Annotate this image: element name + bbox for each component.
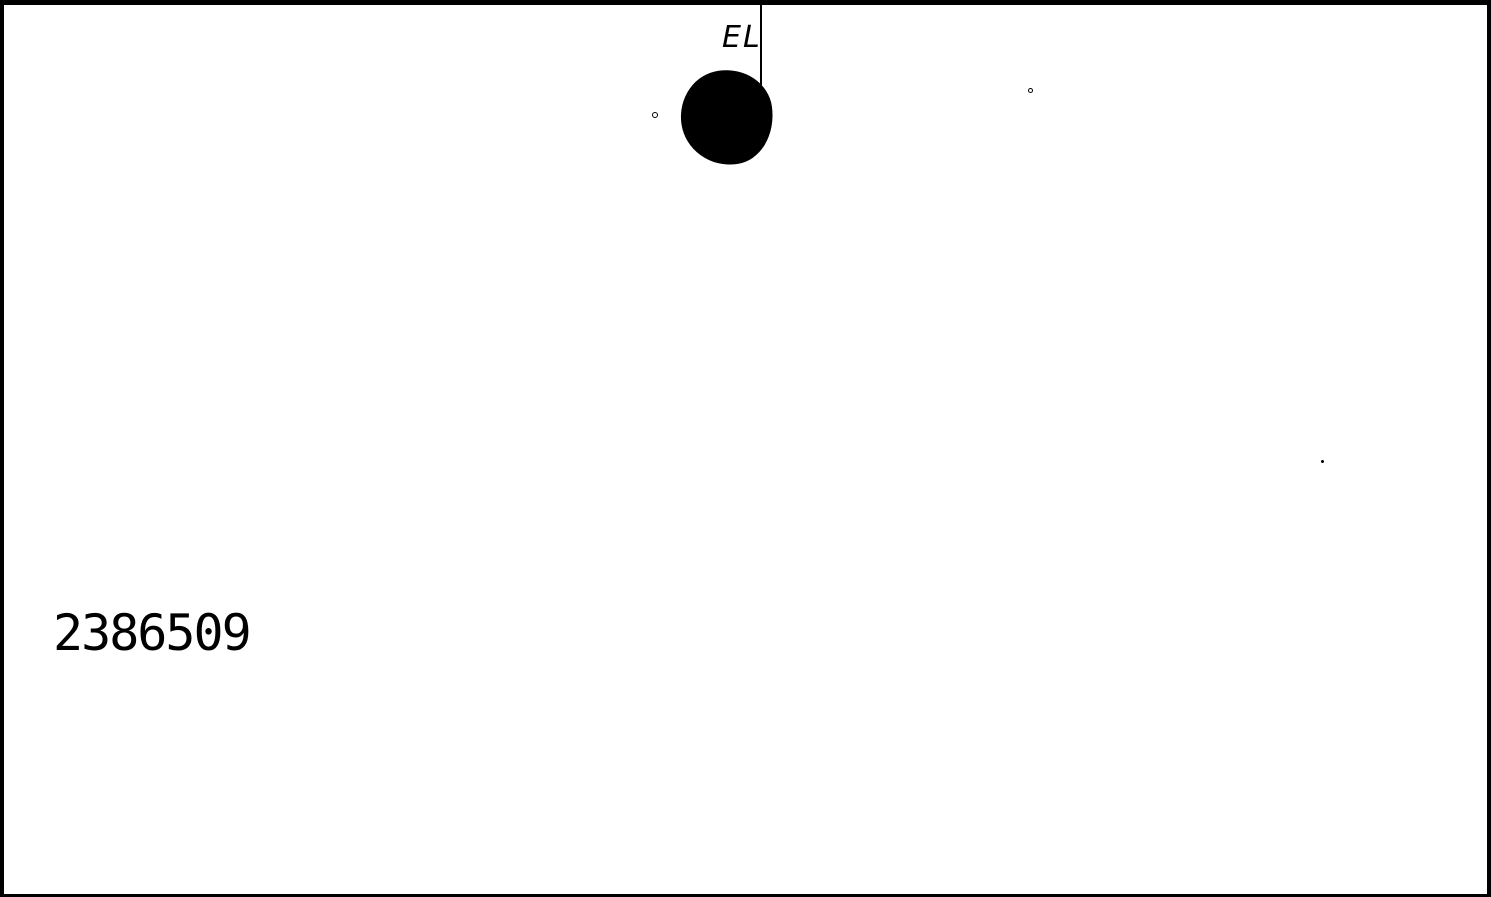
speck-mark: [652, 112, 658, 118]
speck-mark: [1321, 460, 1324, 463]
card-number: 2386509: [53, 604, 250, 662]
handwritten-annotation: EL: [722, 20, 762, 55]
speck-mark: [1028, 88, 1033, 93]
card-right-border: [1487, 0, 1491, 897]
